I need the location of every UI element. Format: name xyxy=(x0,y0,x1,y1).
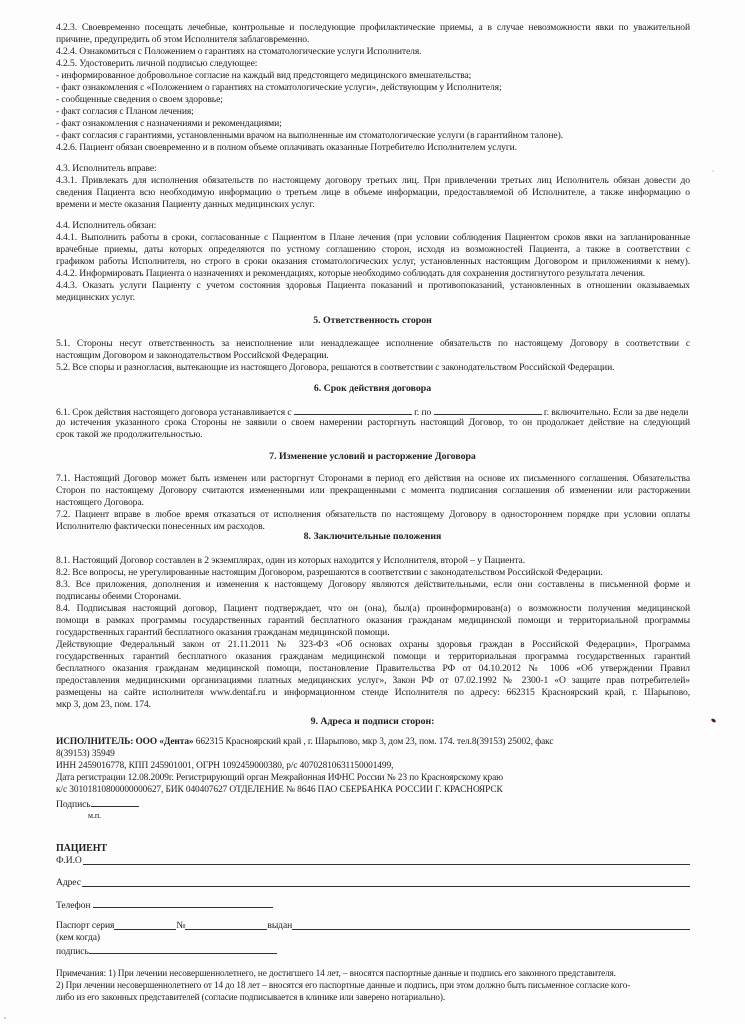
clause-4-3-line: времени и месте оказания Пациенту данных… xyxy=(56,199,690,211)
address-field[interactable] xyxy=(82,877,690,887)
clause-4-2-5-bullet: - информированное добровольное согласие … xyxy=(56,70,690,82)
executor-line: 8(39153) 35949 xyxy=(56,749,690,761)
clause-4-2-4: 4.2.4. Ознакомиться с Положением о гаран… xyxy=(56,46,690,58)
clause-4-2-5: 4.2.5. Удостоверить личной подписью след… xyxy=(56,58,690,70)
section-6-heading: 6. Срок действия договора xyxy=(0,383,745,394)
executor-address: 662315 Красноярский край , г. Шарыпово, … xyxy=(194,737,554,747)
scan-speck xyxy=(4,1017,6,1019)
section-8-line: мкр 3, дом 23, пом. 174. xyxy=(56,699,690,711)
patient-fio-row: Ф.И.О xyxy=(56,855,690,867)
end-date-blank[interactable] xyxy=(434,405,542,415)
section-8-line: размещены на сайте исполнителя www.denta… xyxy=(56,687,690,699)
clause-4-4-line: графиком работы Исполнителя, но строго в… xyxy=(56,256,690,268)
clause-4-4-title: 4.4. Исполнитель обязан: xyxy=(56,220,690,232)
section-5-line: 5.1. Стороны несут ответственность за не… xyxy=(56,338,690,350)
section-8-line: государственных гарантий бесплатного ока… xyxy=(56,627,690,639)
patient-address-row: Адрес xyxy=(56,877,690,889)
executor-line: к/с 30101810800000000627, БИК 040407627 … xyxy=(56,785,690,797)
clause-4-4-line: 4.4.1. Выполнить работы в сроки, согласо… xyxy=(56,232,690,244)
clause-4-2-6: 4.2.6. Пациент обязан своевременно и в п… xyxy=(56,142,690,154)
notes-line-2: 2) При лечении несовершеннолетнего от 14… xyxy=(56,980,690,992)
clause-4-2-3-line-1: 4.2.3. Своевременно посещать лечебные, к… xyxy=(56,22,690,34)
section-8-line: 8.3. Все приложения, дополнения и измене… xyxy=(56,579,690,591)
section-7-line: настоящего Договора. xyxy=(56,497,690,509)
section-6-line: до истечения указанного срока Стороны не… xyxy=(56,417,690,429)
clause-4-3-title: 4.3. Исполнитель вправе: xyxy=(56,163,690,175)
passport-series-label: Паспорт серия xyxy=(56,920,114,932)
section-5-line: настоящим Договором и законодательством … xyxy=(56,350,690,362)
section-8-line: Действующие Федеральный закон от 21.11.2… xyxy=(56,639,690,651)
clause-4-2-5-bullet: - факт ознакомления с «Положением о гара… xyxy=(56,82,690,94)
executor-header: ИСПОЛНИТЕЛЬ: ООО «Дента» 662315 Краснояр… xyxy=(56,737,690,749)
clause-4-2-5-bullet: - сообщенные сведения о своем здоровье; xyxy=(56,94,690,106)
executor-signature-blank[interactable] xyxy=(91,797,139,807)
section-8-line: 8.2. Все вопросы, не урегулированные нас… xyxy=(56,567,690,579)
clause-4-2-5-bullet: - факт ознакомления с назначениями и рек… xyxy=(56,118,690,130)
clause-4-3-line: 4.3.1. Привлекать для исполнения обязате… xyxy=(56,175,690,187)
clause-4-4-line: 4.4.3. Оказать услуги Пациенту с учетом … xyxy=(56,280,690,292)
clause-4-4-line: медицинских услуг. xyxy=(56,292,690,304)
clause-4-3-line: сведения Пациента всю необходимую информ… xyxy=(56,187,690,199)
patient-heading: ПАЦИЕНТ xyxy=(56,843,690,855)
patient-passport-row: Паспорт серия № выдан xyxy=(56,920,690,932)
executor-line: Дата регистрации 12.08.2009г. Регистриру… xyxy=(56,773,690,785)
patient-signature-label: подпись xyxy=(56,946,89,957)
notes-line-1: Примечания: 1) При лечении несовершеннол… xyxy=(56,968,690,980)
patient-signature-row: подпись xyxy=(56,944,690,958)
executor-line: ИНН 2459016778, КПП 245901001, ОГРН 1092… xyxy=(56,761,690,773)
section-6-line: срок такой же продолжительностью. xyxy=(56,429,690,441)
section-7-heading: 7. Изменение условий и расторжение Догов… xyxy=(0,451,745,462)
section-8-heading: 8. Заключительные положения xyxy=(0,531,745,542)
clause-4-2-5-bullet: - факт согласия с гарантиями, установлен… xyxy=(56,130,690,142)
executor-signature-label: Подпись xyxy=(56,799,91,810)
section-7-line: Сторон по настоящему Договору считаются … xyxy=(56,485,690,497)
section-8-line: бесплатного оказания гражданам медицинск… xyxy=(56,663,690,675)
section-8-line: 8.1. Настоящий Договор составлен в 2 экз… xyxy=(56,555,690,567)
phone-field[interactable] xyxy=(93,898,273,908)
section-7-line: 7.1. Настоящий Договор может быть измене… xyxy=(56,473,690,485)
patient-phone-row: Телефон xyxy=(56,898,690,912)
clause-4-4-line: 4.4.2. Информировать Пациента о назначен… xyxy=(56,268,690,280)
scan-speck xyxy=(712,170,714,172)
section-5-heading: 5. Ответственность сторон xyxy=(0,315,745,326)
issued-label: выдан xyxy=(267,920,292,932)
executor-label: ИСПОЛНИТЕЛЬ: ООО «Дента» xyxy=(56,737,194,747)
start-date-blank[interactable] xyxy=(294,405,412,415)
section-5-line: 5.2. Все споры и разногласия, вытекающие… xyxy=(56,362,690,374)
fio-field[interactable] xyxy=(83,855,690,865)
fio-label: Ф.И.О xyxy=(56,855,82,867)
passport-series-field[interactable] xyxy=(114,920,176,930)
section-8-line: подписаны обеими Сторонами. xyxy=(56,591,690,603)
notes-line-3: либо из его законных представителей (сог… xyxy=(56,992,690,1004)
clause-4-2-3-line-2: причине, предупредить об этом Исполнител… xyxy=(56,34,690,46)
phone-label: Телефон xyxy=(56,900,90,911)
section-7-line: 7.2. Пациент вправе в любое время отказа… xyxy=(56,509,690,521)
clause-4-4-line: врачебные приемы, даты которых определяю… xyxy=(56,244,690,256)
executor-signature-row: Подпись xyxy=(56,797,690,811)
section-8-line: 8.4. Подписывая настоящий договор, Пацие… xyxy=(56,603,690,615)
passport-issued-field[interactable] xyxy=(292,920,690,930)
stamp-label: м.п. xyxy=(88,810,722,822)
issued-by-label: (кем когда) xyxy=(56,932,690,944)
section-8-line: предоставления медицинскими организациям… xyxy=(56,675,690,687)
contract-page: 4.2.3. Своевременно посещать лечебные, к… xyxy=(0,0,745,1024)
passport-number-field[interactable] xyxy=(185,920,267,930)
address-label: Адрес xyxy=(56,877,81,889)
passport-number-label: № xyxy=(176,920,185,932)
clause-4-2-5-bullet: - факт согласия с Планом лечения; xyxy=(56,106,690,118)
section-9-heading: 9. Адреса и подписи сторон: xyxy=(0,716,745,727)
section-8-line: государственных гарантий бесплатного ока… xyxy=(56,651,690,663)
patient-signature-field[interactable] xyxy=(89,944,277,954)
section-8-line: помощи в рамках программы государственны… xyxy=(56,615,690,627)
